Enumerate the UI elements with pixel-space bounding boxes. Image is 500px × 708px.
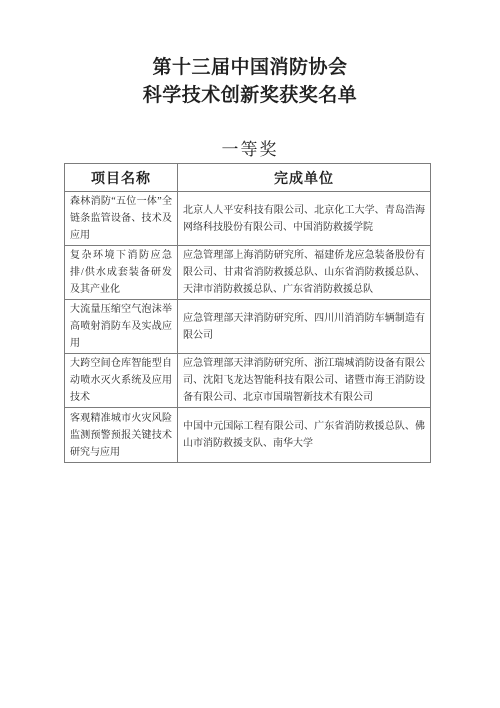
title-line-1: 第十三届中国消防协会 bbox=[0, 54, 500, 82]
document-title: 第十三届中国消防协会 科学技术创新奖获奖名单 bbox=[0, 54, 500, 110]
project-name-cell: 大跨空间仓库智能型自动喷水灭火系统及应用技术 bbox=[65, 354, 178, 408]
table-row: 复杂环境下消防应急排/供水成套装备研发及其产业化 应急管理部上海消防研究所、福建… bbox=[65, 246, 431, 300]
completing-units-cell: 应急管理部天津消防研究所、四川川消消防车辆制造有限公司 bbox=[178, 300, 431, 354]
document-page: 第十三届中国消防协会 科学技术创新奖获奖名单 一等奖 项目名称 完成单位 森林消… bbox=[0, 0, 500, 708]
header-completing-units: 完成单位 bbox=[178, 164, 431, 192]
table-row: 森林消防“五位一体”全链条监管设备、技术及应用 北京人人平安科技有限公司、北京化… bbox=[65, 192, 431, 246]
table-row: 客观精准城市火灾风险监测预警预报关键技术研究与应用 中国中元国际工程有限公司、广… bbox=[65, 408, 431, 463]
project-name-cell: 复杂环境下消防应急排/供水成套装备研发及其产业化 bbox=[65, 246, 178, 300]
table-row: 大流量压缩空气泡沫举高喷射消防车及实战应用 应急管理部天津消防研究所、四川川消消… bbox=[65, 300, 431, 354]
project-name-cell: 大流量压缩空气泡沫举高喷射消防车及实战应用 bbox=[65, 300, 178, 354]
table-header-row: 项目名称 完成单位 bbox=[65, 164, 431, 192]
awards-table: 项目名称 完成单位 森林消防“五位一体”全链条监管设备、技术及应用 北京人人平安… bbox=[64, 163, 431, 463]
completing-units-cell: 北京人人平安科技有限公司、北京化工大学、青岛浩海网络科技股份有限公司、中国消防救… bbox=[178, 192, 431, 246]
section-heading-first-prize: 一等奖 bbox=[0, 135, 500, 160]
project-name-cell: 客观精准城市火灾风险监测预警预报关键技术研究与应用 bbox=[65, 408, 178, 463]
completing-units-cell: 中国中元国际工程有限公司、广东省消防救援总队、佛山市消防救援支队、南华大学 bbox=[178, 408, 431, 463]
header-project-name: 项目名称 bbox=[65, 164, 178, 192]
completing-units-cell: 应急管理部天津消防研究所、浙江瑞城消防设备有限公司、沈阳飞龙达智能科技有限公司、… bbox=[178, 354, 431, 408]
table-row: 大跨空间仓库智能型自动喷水灭火系统及应用技术 应急管理部天津消防研究所、浙江瑞城… bbox=[65, 354, 431, 408]
title-line-2: 科学技术创新奖获奖名单 bbox=[0, 82, 500, 110]
completing-units-cell: 应急管理部上海消防研究所、福建侨龙应急装备股份有限公司、甘肃省消防救援总队、山东… bbox=[178, 246, 431, 300]
project-name-cell: 森林消防“五位一体”全链条监管设备、技术及应用 bbox=[65, 192, 178, 246]
